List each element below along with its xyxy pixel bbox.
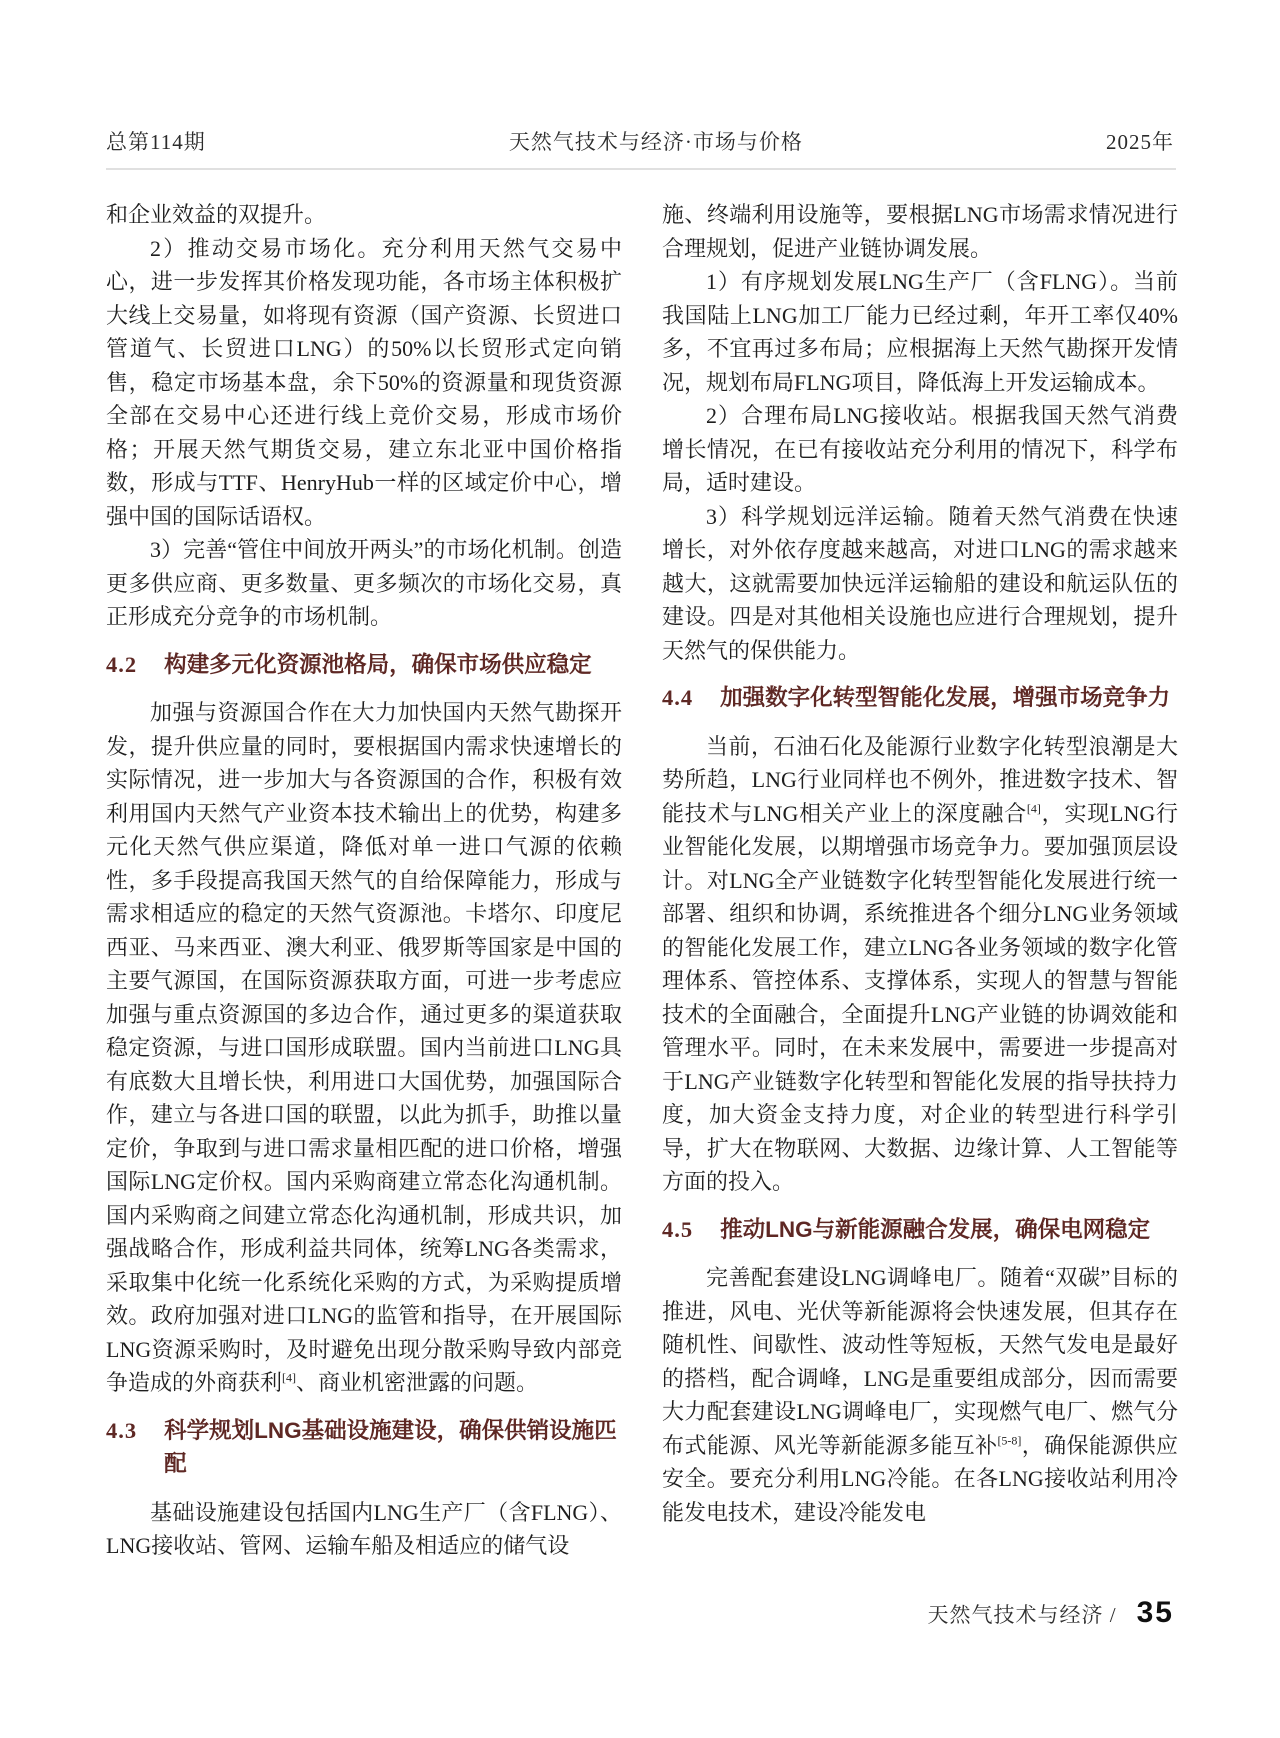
- section-heading-4-4: 4.4 加强数字化转型智能化发展，增强市场竞争力: [662, 681, 1178, 715]
- footer-page-number: 35: [1137, 1596, 1174, 1630]
- paragraph-continuation: 和企业效益的双提升。: [106, 198, 622, 232]
- paragraph-market-trading: 2）推动交易市场化。充分利用天然气交易中心，进一步发挥其价格发现功能，各市场主体…: [106, 232, 622, 534]
- paragraph-infrastructure-continuation: 施、终端利用设施等，要根据LNG市场需求情况进行合理规划，促进产业链协调发展。: [662, 198, 1178, 265]
- section-title: 构建多元化资源池格局，确保市场供应稳定: [164, 648, 592, 682]
- header-issue-number: 总第114期: [106, 126, 206, 156]
- journal-page: { "header": { "issue": "总第114期", "journa…: [0, 0, 1280, 1738]
- paragraph-infrastructure-start: 基础设施建设包括国内LNG生产厂（含FLNG）、LNG接收站、管网、运输车船及相…: [106, 1496, 622, 1563]
- section-number: 4.4: [662, 681, 693, 715]
- section-heading-4-2: 4.2 构建多元化资源池格局，确保市场供应稳定: [106, 648, 622, 682]
- header-journal-title: 天然气技术与经济·市场与价格: [509, 126, 803, 156]
- left-column: 和企业效益的双提升。 2）推动交易市场化。充分利用天然气交易中心，进一步发挥其价…: [106, 198, 622, 1563]
- paragraph-digital-transformation: 当前，石油石化及能源行业数字化转型浪潮是大势所趋，LNG行业同样也不例外，推进数…: [662, 730, 1178, 1199]
- paragraph-receiving-terminals: 2）合理布局LNG接收站。根据我国天然气消费增长情况，在已有接收站充分利用的情况…: [662, 399, 1178, 500]
- section-title: 加强数字化转型智能化发展，增强市场竞争力: [720, 681, 1170, 715]
- section-title: 推动LNG与新能源融合发展，确保电网稳定: [720, 1213, 1150, 1247]
- paragraph-ocean-transport: 3）科学规划远洋运输。随着天然气消费在快速增长，对外依存度越来越高，对进口LNG…: [662, 500, 1178, 668]
- section-number: 4.3: [106, 1414, 137, 1481]
- paragraph-market-mechanism: 3）完善“管住中间放开两头”的市场化机制。创造更多供应商、更多数量、更多频次的市…: [106, 533, 622, 634]
- page-footer: 天然气技术与经济 / 35: [928, 1596, 1174, 1630]
- section-heading-4-3: 4.3 科学规划LNG基础设施建设，确保供销设施匹配: [106, 1414, 622, 1481]
- paragraph-new-energy-integration: 完善配套建设LNG调峰电厂。随着“双碳”目标的推进，风电、光伏等新能源将会快速发…: [662, 1261, 1178, 1529]
- paragraph-lng-plants: 1）有序规划发展LNG生产厂（含FLNG）。当前我国陆上LNG加工厂能力已经过剩…: [662, 265, 1178, 399]
- section-title: 科学规划LNG基础设施建设，确保供销设施匹配: [164, 1414, 622, 1481]
- paragraph-resource-pool: 加强与资源国合作在大力加快国内天然气勘探开发，提升供应量的同时，要根据国内需求快…: [106, 696, 622, 1400]
- header-divider: [106, 168, 1176, 170]
- section-number: 4.5: [662, 1213, 693, 1247]
- section-heading-4-5: 4.5 推动LNG与新能源融合发展，确保电网稳定: [662, 1213, 1178, 1247]
- article-body: 和企业效益的双提升。 2）推动交易市场化。充分利用天然气交易中心，进一步发挥其价…: [106, 198, 1178, 1563]
- page-header: 总第114期 天然气技术与经济·市场与价格 2025年: [106, 126, 1174, 156]
- footer-journal-label: 天然气技术与经济 /: [928, 1599, 1117, 1629]
- section-number: 4.2: [106, 648, 137, 682]
- right-column: 施、终端利用设施等，要根据LNG市场需求情况进行合理规划，促进产业链协调发展。 …: [662, 198, 1178, 1563]
- header-year: 2025年: [1106, 126, 1174, 156]
